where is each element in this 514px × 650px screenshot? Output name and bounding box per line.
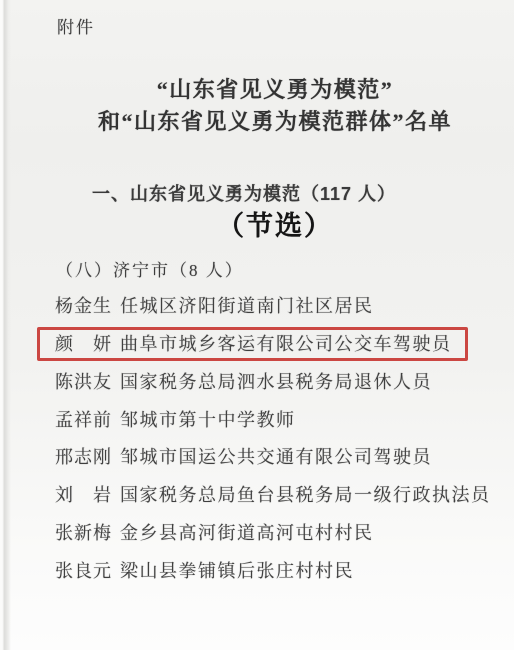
person-description: 梁山县拳铺镇后张庄村村民 (120, 558, 354, 584)
list-row: 邢志刚 邹城市国运公共交通有限公司驾驶员 (0, 444, 514, 470)
person-description: 任城区济阳街道南门社区居民 (120, 293, 374, 319)
person-description: 金乡县高河街道高河屯村村民 (120, 520, 374, 546)
person-name: 刘 岩 (55, 482, 112, 508)
person-description: 国家税务总局鱼台县税务局一级行政执法员 (120, 482, 491, 508)
list-row: 刘 岩 国家税务总局鱼台县税务局一级行政执法员 (0, 482, 514, 508)
honor-list: 杨金生 任城区济阳街道南门社区居民 颜 妍 曲阜市城乡客运有限公司公交车驾驶员 … (0, 0, 514, 650)
person-description: 国家税务总局泗水县税务局退休人员 (120, 369, 432, 395)
document-page: 附件 “山东省见义勇为模范” 和“山东省见义勇为模范群体”名单 一、山东省见义勇… (0, 0, 514, 650)
person-name: 邢志刚 (55, 444, 112, 470)
person-description: 曲阜市城乡客运有限公司公交车驾驶员 (120, 331, 452, 357)
list-row: 张良元 梁山县拳铺镇后张庄村村民 (0, 558, 514, 584)
person-name: 陈洪友 (55, 369, 112, 395)
list-row: 孟祥前 邹城市第十中学教师 (0, 407, 514, 433)
list-row: 颜 妍 曲阜市城乡客运有限公司公交车驾驶员 (0, 331, 514, 357)
person-description: 邹城市第十中学教师 (120, 407, 296, 433)
person-name: 杨金生 (55, 293, 112, 319)
person-name: 颜 妍 (55, 331, 112, 357)
person-name: 孟祥前 (55, 407, 112, 433)
person-description: 邹城市国运公共交通有限公司驾驶员 (120, 444, 432, 470)
person-name: 张良元 (55, 558, 112, 584)
list-row: 张新梅 金乡县高河街道高河屯村村民 (0, 520, 514, 546)
person-name: 张新梅 (55, 520, 112, 546)
list-row: 陈洪友 国家税务总局泗水县税务局退休人员 (0, 369, 514, 395)
list-row: 杨金生 任城区济阳街道南门社区居民 (0, 293, 514, 319)
